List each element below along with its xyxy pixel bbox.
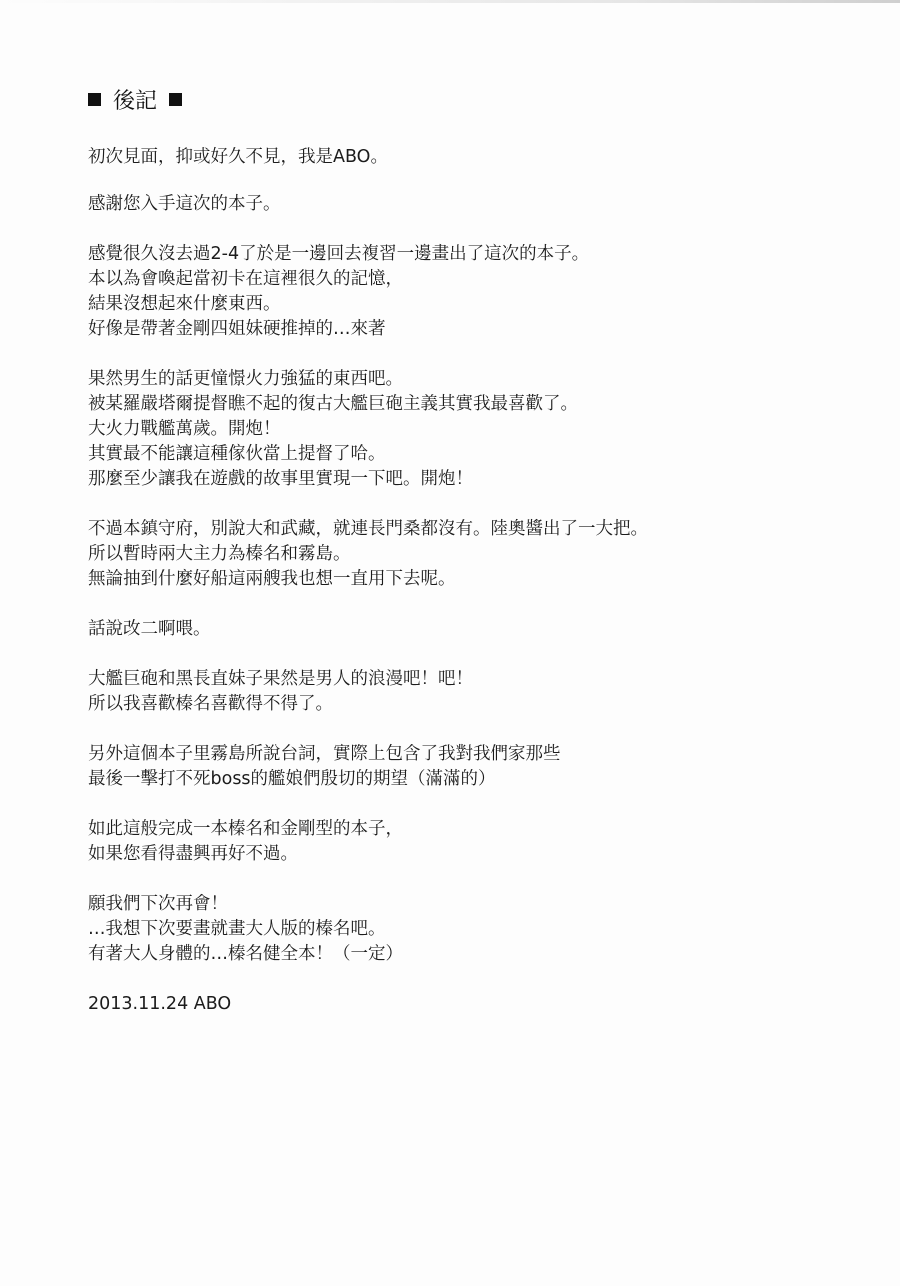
text-line: 無論抽到什麼好船這兩艘我也想一直用下去呢。 [88,568,456,590]
square-marker-icon [169,93,182,106]
text-line: 果然男生的話更憧憬火力強猛的東西吧。 [88,368,403,390]
text-line: 如果您看得盡興再好不過。 [88,843,298,865]
text-line: 結果沒想起來什麼東西。 [88,293,281,315]
greeting-line: 初次見面，抑或好久不見，我是ABO。 [88,146,388,168]
text-line: 大艦巨砲和黑長直妹子果然是男人的浪漫吧！吧！ [88,668,473,690]
title-text: 後記 [113,89,157,114]
text-line: 最後一擊打不死boss的艦娘們殷切的期望（滿滿的） [88,768,496,790]
text-line: 所以我喜歡榛名喜歡得不得了。 [88,693,333,715]
scan-edge [0,0,900,3]
text-line: 好像是帶著金剛四姐妹硬推掉的…來著 [88,318,386,340]
square-marker-icon [88,93,101,106]
text-line: 如此這般完成一本榛名和金剛型的本子， [88,818,403,840]
afterword-page: 後記 初次見面，抑或好久不見，我是ABO。 感謝您入手這次的本子。 感覺很久沒去… [0,0,900,1286]
text-line: 願我們下次再會！ [88,893,228,915]
text-line: 感覺很久沒去過2-4了於是一邊回去複習一邊畫出了這次的本子。 [88,243,589,265]
text-line: 不過本鎮守府，別說大和武藏，就連長門桑都沒有。陸奧醬出了一大把。 [88,518,648,540]
thanks-line: 感謝您入手這次的本子。 [88,193,281,215]
text-line: 其實最不能讓這種傢伙當上提督了哈。 [88,443,386,465]
text-line: 那麼至少讓我在遊戲的故事里實現一下吧。開炮！ [88,468,473,490]
text-line: 有著大人身體的…榛名健全本！（一定） [88,943,403,965]
text-line: 本以為會喚起當初卡在這裡很久的記憶， [88,268,403,290]
text-line: 所以暫時兩大主力為榛名和霧島。 [88,543,351,565]
text-line: 被某羅嚴塔爾提督瞧不起的復古大艦巨砲主義其實我最喜歡了。 [88,393,578,415]
text-line: 大火力戰艦萬歲。開炮！ [88,418,281,440]
text-line: 另外這個本子里霧島所說台詞，實際上包含了我對我們家那些 [88,743,561,765]
text-line: 話說改二啊喂。 [88,618,211,640]
page-title: 後記 [88,88,182,116]
text-line: …我想下次要畫就畫大人版的榛名吧。 [88,918,386,940]
signature-date: 2013.11.24 ABO [88,993,231,1015]
